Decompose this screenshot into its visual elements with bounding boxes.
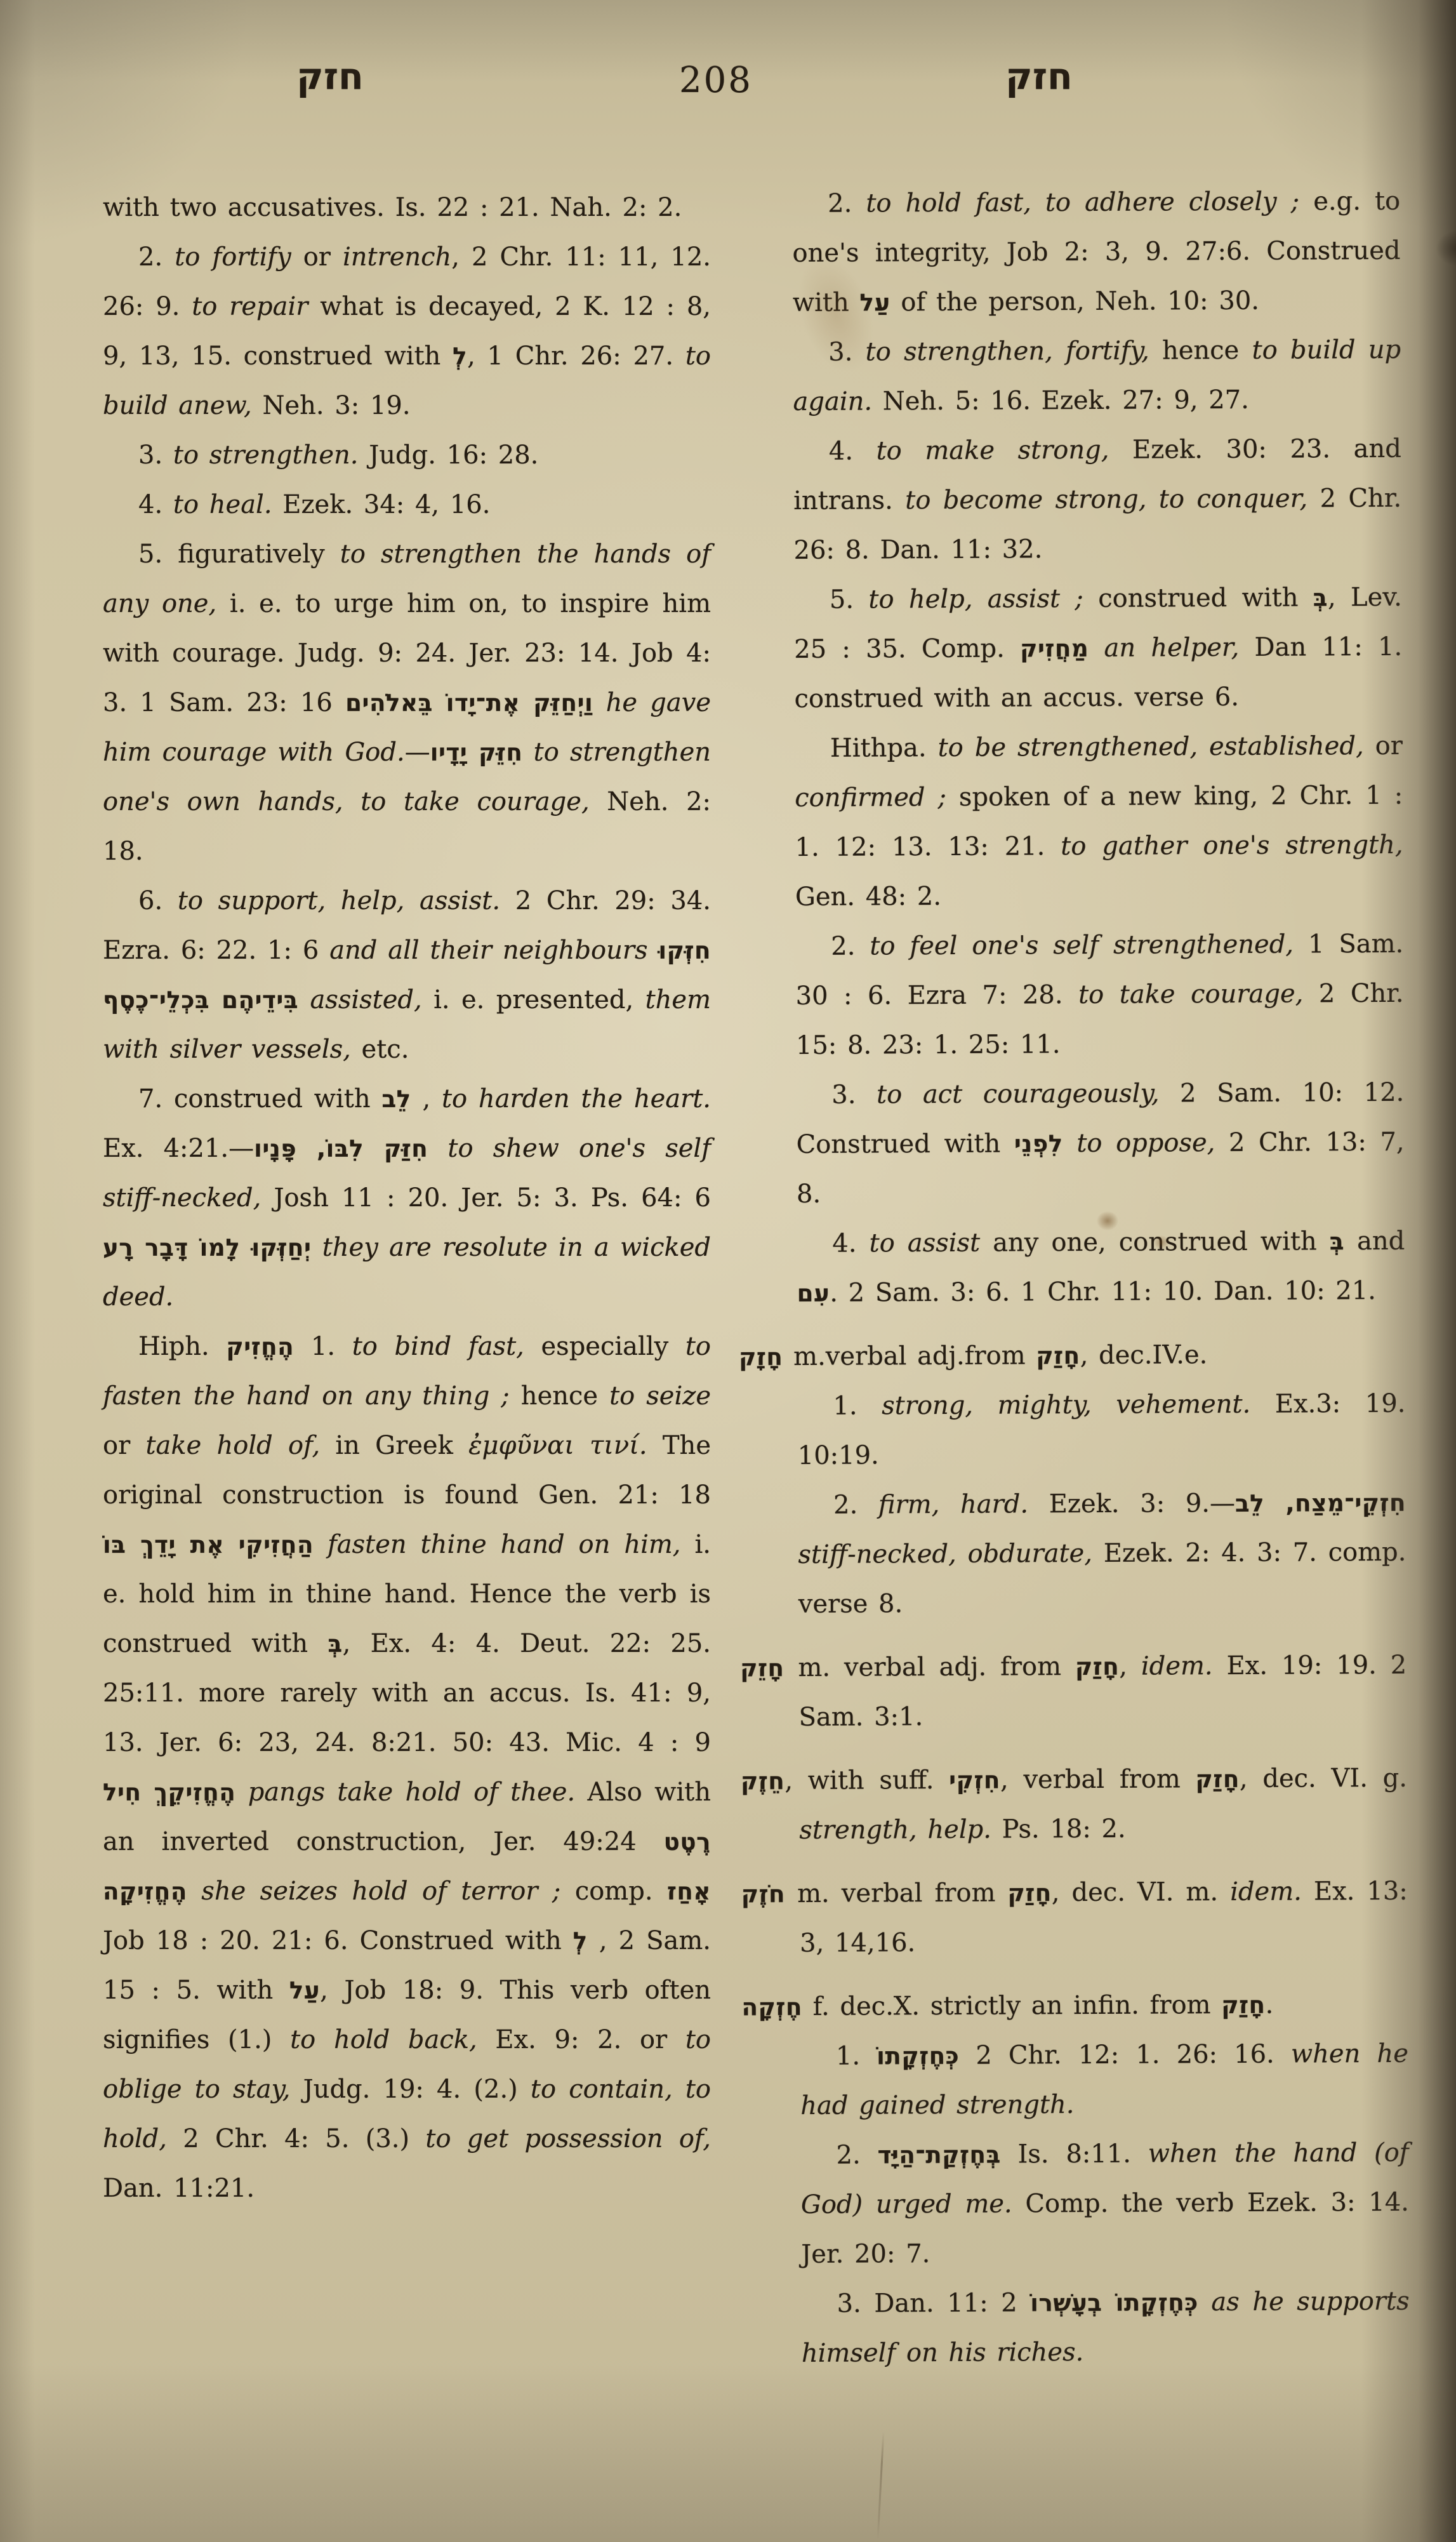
hebrew-text: לֵב bbox=[381, 1085, 411, 1113]
hebrew-text: חֹזֶק bbox=[741, 1880, 786, 1908]
hebrew-text: חֵזֶק bbox=[741, 1767, 785, 1795]
hebrew-text: חָזַק bbox=[1221, 1991, 1266, 2019]
entry-chazaq-sense-2: 2. firm, hard. Ezek. 3: 9.—חִזְקֵי־מֵצַח… bbox=[798, 1478, 1406, 1629]
right-column: 2. to hold fast, to adhere closely ; e.g… bbox=[792, 176, 1410, 2378]
hithpael-paragraph: Hithpa. to be strengthened, established,… bbox=[795, 721, 1403, 922]
hebrew-text: חִזַּק לִבּוֹ, פָּנָיו bbox=[254, 1135, 428, 1162]
hebrew-text: יְחַזְּקוּ לָמוֹ דָּבָר רָע bbox=[103, 1234, 311, 1261]
hebrew-text: הֶחֱזִיקֵךְ חִיל bbox=[103, 1778, 235, 1806]
sense-5-figurative: 5. figuratively to strengthen the hands … bbox=[103, 529, 711, 876]
hebrew-text: אָחַז bbox=[667, 1877, 711, 1905]
entry-chazaq-adjective: חָזָק m.verbal adj.from חָזַק, dec.IV.e. bbox=[797, 1329, 1405, 1381]
left-column: with two accusatives. Is. 22 : 21. Nah. … bbox=[103, 183, 711, 2213]
header-hebrew-left: חזק bbox=[270, 55, 390, 98]
sense-2-hold-fast: 2. to hold fast, to adhere closely ; e.g… bbox=[792, 176, 1401, 328]
sense-5-help: 5. to help, assist ; construed with בְּ,… bbox=[794, 573, 1403, 724]
hebrew-text: עִם bbox=[797, 1279, 830, 1307]
hithpael-sense-3: 3. to act courageously, 2 Sam. 10: 12. C… bbox=[796, 1068, 1405, 1219]
hebrew-text: חָזַק bbox=[1195, 1765, 1240, 1793]
sense-6-support: 6. to support, help, assist. 2 Chr. 29: … bbox=[103, 876, 711, 1074]
hebrew-text: הַחֲזִיקִי אֶת יָדֵךְ בּוֹ bbox=[103, 1531, 314, 1559]
hebrew-text: חֶזְקָה bbox=[741, 1993, 802, 2021]
sense-7-harden: 7. construed with לֵב , to harden the he… bbox=[103, 1074, 711, 1322]
hebrew-text: וַיְחַזֵּק אֶת־יָדוֹ בֵּאלֹהִים bbox=[345, 689, 593, 717]
hebrew-text: חָזַק bbox=[1036, 1341, 1080, 1369]
hebrew-text: לִפְנֵי bbox=[1014, 1129, 1063, 1157]
entry-chezqah-noun: חֶזְקָה f. dec.X. strictly an infin. fro… bbox=[800, 1980, 1408, 2032]
hiphil-paragraph: Hiph. הֶחֱזִיק 1. to bind fast, especial… bbox=[103, 1322, 711, 2213]
scanned-page: חזק 208 חזק with two accusatives. Is. 22… bbox=[0, 0, 1456, 2542]
hebrew-text: חָזֵק bbox=[740, 1654, 784, 1682]
continuation-paragraph: with two accusatives. Is. 22 : 21. Nah. … bbox=[103, 183, 711, 232]
hebrew-text: לְ bbox=[573, 1927, 588, 1955]
hithpael-sense-4: 4. to assist any one, construed with בְּ… bbox=[797, 1216, 1405, 1318]
hebrew-text: בְּ bbox=[328, 1630, 342, 1658]
entry-chozeq-noun: חֹזֶק m. verbal from חָזַק, dec. VI. m. … bbox=[800, 1867, 1408, 1968]
hebrew-text: חָזַק bbox=[1075, 1653, 1120, 1680]
sense-2-fortify: 2. to fortify or intrench, 2 Chr. 11: 11… bbox=[103, 232, 711, 430]
hebrew-text: חִזְקֵי־מֵצַח, לֵב bbox=[1235, 1489, 1406, 1517]
sense-4-heal: 4. to heal. Ezek. 34: 4, 16. bbox=[103, 480, 711, 529]
hebrew-text: חָזַק bbox=[1007, 1879, 1052, 1906]
entry-chezqah-sense-1: 1. כְּחֶזְקָתוֹ 2 Chr. 12: 1. 26: 16. wh… bbox=[800, 2029, 1409, 2131]
hebrew-text: עַל bbox=[289, 1976, 320, 2004]
hebrew-text: כְּחֶזְקָתוֹ בְעָשְׁרוֹ bbox=[1030, 2288, 1198, 2317]
hebrew-text: בְּ bbox=[1330, 1227, 1344, 1255]
hebrew-text: עַל bbox=[859, 288, 890, 316]
entry-chezqah-sense-3: 3. Dan. 11: 2 כְּחֶזְקָתוֹ בְעָשְׁרוֹ as… bbox=[801, 2277, 1410, 2378]
page-edge-chip bbox=[1436, 230, 1456, 267]
sense-3-strengthen: 3. to strengthen. Judg. 16: 28. bbox=[103, 430, 711, 480]
paper-scratch bbox=[877, 2432, 885, 2539]
entry-chazaq-sense-1: 1. strong, mighty, vehement. Ex.3: 19. 1… bbox=[797, 1379, 1406, 1481]
hebrew-text: בְּ bbox=[1313, 583, 1328, 611]
hithpael-sense-2: 2. to feel one's self strengthened, 1 Sa… bbox=[795, 919, 1404, 1070]
hebrew-text: כְּחֶזְקָתוֹ bbox=[877, 2042, 959, 2070]
hebrew-text: הֶחֱזִיק bbox=[226, 1333, 294, 1361]
hebrew-text: חָזָק bbox=[739, 1343, 783, 1371]
entry-chazeq-adjective: חָזֵק m. verbal adj. from חָזַק, idem. E… bbox=[798, 1640, 1407, 1742]
hebrew-text: חִזֵּק יָדָיו bbox=[430, 738, 523, 766]
entry-chezeq-noun: חֵזֶק, with suff. חִזְקִי, verbal from ח… bbox=[799, 1753, 1408, 1855]
sense-3-strengthen-fortify: 3. to strengthen, fortify, hence to buil… bbox=[793, 325, 1401, 427]
page-number: 208 bbox=[652, 60, 779, 101]
hebrew-text: בְּחֶזְקַת־הַיָּד bbox=[877, 2141, 1000, 2169]
sense-4-make-strong: 4. to make strong, Ezek. 30: 23. and int… bbox=[793, 424, 1402, 575]
hebrew-text: מַחֲזִיק bbox=[1020, 634, 1089, 662]
hebrew-text: לְ bbox=[453, 342, 467, 370]
entry-chezqah-sense-2: 2. בְּחֶזְקַת־הַיָּד Is. 8:11. when the … bbox=[800, 2128, 1409, 2279]
hebrew-text: חִזְקִי bbox=[949, 1766, 1000, 1794]
header-hebrew-right: חזק bbox=[979, 55, 1099, 98]
